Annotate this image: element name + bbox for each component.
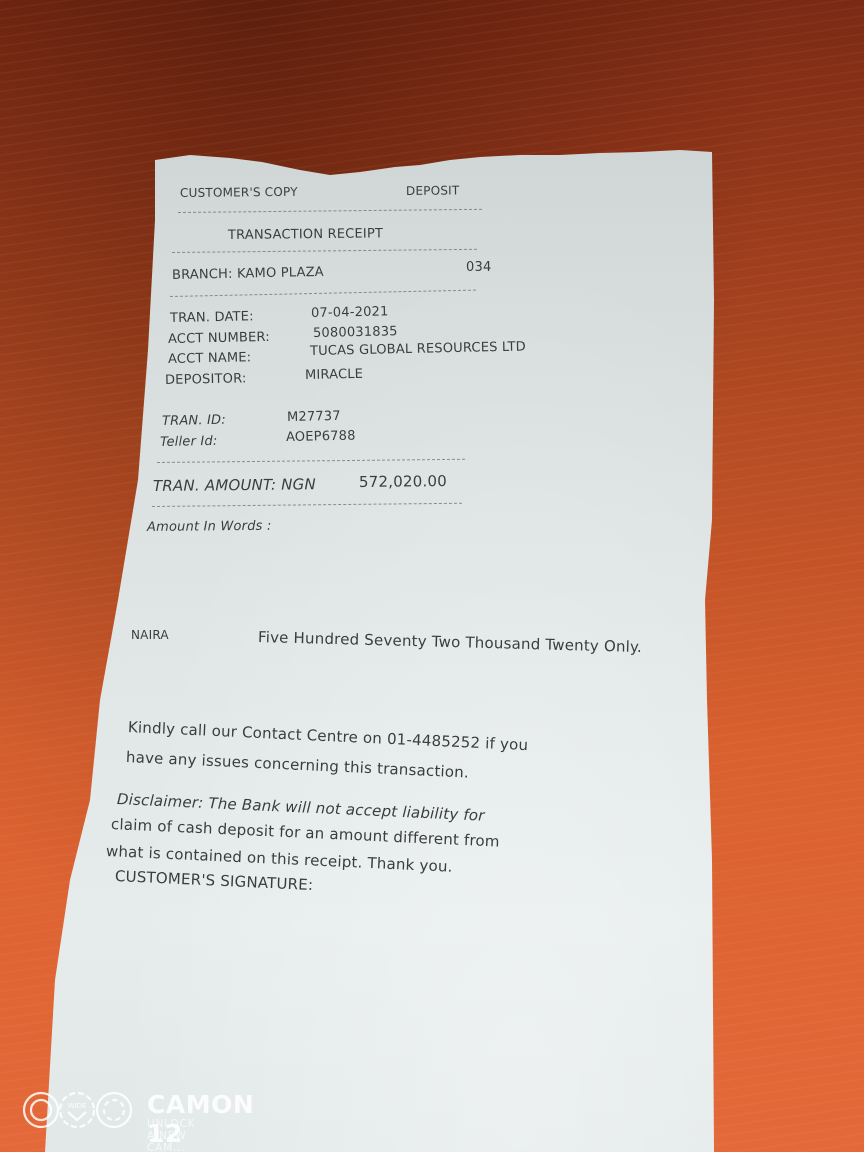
id-value-tran-id: M27737 (287, 409, 341, 425)
id-label-teller-id: Teller Id: (160, 434, 218, 450)
id-label-tran-id: TRAN. ID: (162, 413, 226, 429)
amount-words-label: Amount In Words : (147, 519, 272, 535)
branch-label: BRANCH: KAMO PLAZA (172, 265, 324, 283)
field-label-acct-name: ACCT NAME: (168, 350, 252, 367)
field-value-tran-date: 07-04-2021 (311, 304, 389, 321)
lens-ring-icon (24, 1093, 58, 1127)
customer-copy-label: CUSTOMER'S COPY (180, 185, 298, 200)
currency-word: NAIRA (131, 628, 169, 642)
camera-mode-icons: WIDE (20, 1088, 135, 1132)
field-label-acct-number: ACCT NUMBER: (168, 330, 270, 347)
field-value-depositor: MIRACLE (305, 367, 363, 383)
id-value-teller-id: AOEP6788 (286, 429, 356, 445)
amount-label: TRAN. AMOUNT: NGN (153, 475, 316, 495)
receipt-title: TRANSACTION RECEIPT (228, 226, 383, 243)
transaction-type: DEPOSIT (406, 183, 460, 198)
dashed-lens-icon (97, 1093, 131, 1127)
branch-code: 034 (466, 260, 491, 275)
field-value-acct-number: 5080031835 (313, 324, 398, 341)
wide-mode-label: WIDE (68, 1102, 87, 1110)
field-label-depositor: DEPOSITOR: (165, 371, 247, 388)
wide-lens-icon (60, 1093, 94, 1127)
camera-tagline: UNLOCK A NEW CAM... (147, 1118, 195, 1152)
field-label-tran-date: TRAN. DATE: (170, 309, 254, 326)
amount-value: 572,020.00 (359, 472, 447, 491)
